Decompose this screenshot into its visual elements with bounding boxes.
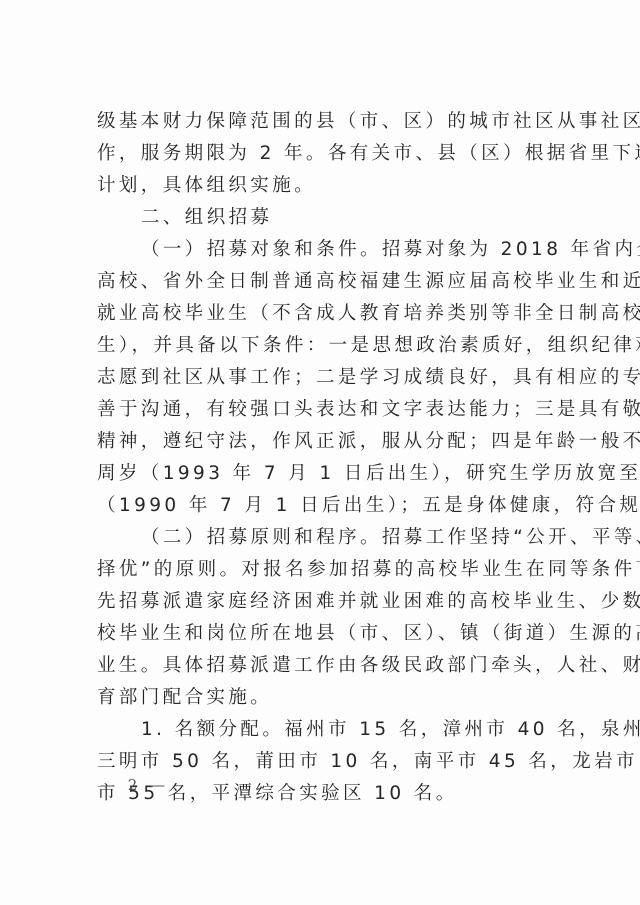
document-page: 级基本财力保障范围的县（市、区）的城市社区从事社区建设工 作，服务期限为 2 年… — [0, 0, 640, 905]
text-line: 校毕业生和岗位所在地县（市、区）、镇（街道）生源的高校毕 — [97, 618, 549, 650]
text-line: 级基本财力保障范围的县（市、区）的城市社区从事社区建设工 — [97, 106, 549, 138]
document-body: 级基本财力保障范围的县（市、区）的城市社区从事社区建设工 作，服务期限为 2 年… — [97, 106, 549, 810]
text-line: 计划，具体组织实施。 — [97, 170, 549, 202]
text-line: 业生。具体招募派遣工作由各级民政部门牵头，人社、财政、教 — [97, 650, 549, 682]
text-line: 三明市 50 名，莆田市 10 名，南平市 45 名，龙岩市 45 名，宁德 — [97, 746, 549, 778]
section-heading: 二、组织招募 — [97, 202, 549, 234]
text-line: （1990 年 7 月 1 日后出生）；五是身体健康，符合规定的体检要求。 — [97, 490, 549, 522]
text-line: 育部门配合实施。 — [97, 682, 549, 714]
text-line: 志愿到社区从事工作；二是学习成绩良好，具有相应的专业知识， — [97, 362, 549, 394]
text-line: 高校、省外全日制普通高校福建生源应届高校毕业生和近年来未 — [97, 266, 549, 298]
text-line: 善于沟通，有较强口头表达和文字表达能力；三是具有敬业奉献 — [97, 394, 549, 426]
paragraph-start-line: 1. 名额分配。福州市 15 名，漳州市 40 名，泉州市 30 名， — [97, 714, 549, 746]
text-line: 作，服务期限为 2 年。各有关市、县（区）根据省里下达的招募 — [97, 138, 549, 170]
page-number: — 2 — — [100, 776, 169, 794]
text-line: 周岁（1993 年 7 月 1 日后出生），研究生学历放宽至 28 周岁 — [97, 458, 549, 490]
text-line: 生），并具备以下条件：一是思想政治素质好，组织纪律观念强， — [97, 330, 549, 362]
text-line: 就业高校毕业生（不含成人教育培养类别等非全日制高校毕业 — [97, 298, 549, 330]
paragraph-start-line: （二）招募原则和程序。招募工作坚持“公开、平等、竞争、 — [97, 522, 549, 554]
text-line: 精神，遵纪守法，作风正派，服从分配；四是年龄一般不超过 25 — [97, 426, 549, 458]
paragraph-start-line: （一）招募对象和条件。招募对象为 2018 年省内全日制普通 — [97, 234, 549, 266]
text-line: 先招募派遣家庭经济困难并就业困难的高校毕业生、少数民族高 — [97, 586, 549, 618]
text-line: 择优”的原则。对报名参加招募的高校毕业生在同等条件下，优 — [97, 554, 549, 586]
